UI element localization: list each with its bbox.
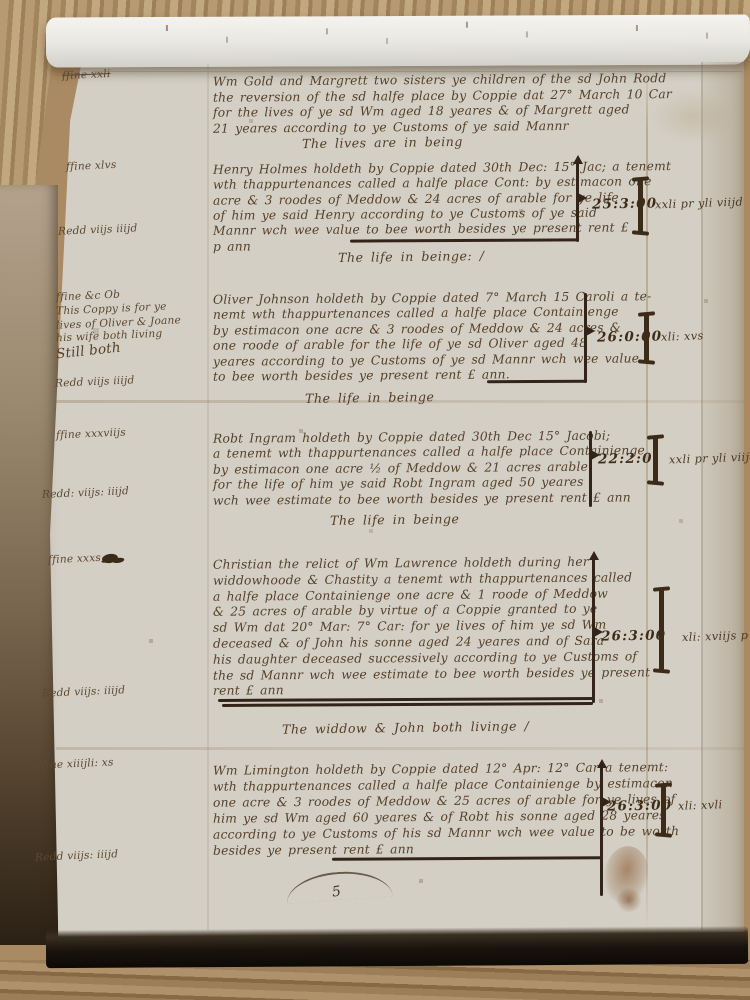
manuscript-photo: ffine xxliWm Gold and Margrett two siste… [0,0,750,1000]
valuation-note: xli: xvli [678,798,723,813]
bracket-arrowhead-icon [597,759,607,768]
margin-note-redd: Redd viijs: iiijd [35,848,119,864]
ink-bracket-line-vertical [600,766,603,896]
value-bracket [661,785,666,835]
margin-note-fine: ffine xiiijli: xs [38,756,114,771]
page-number: 5 [331,883,342,900]
ink-bracket-line-horizontal [332,856,603,860]
ledger-entry: ffine xiiijli: xsRedd viijs: iiijdWm Lim… [0,0,750,1000]
